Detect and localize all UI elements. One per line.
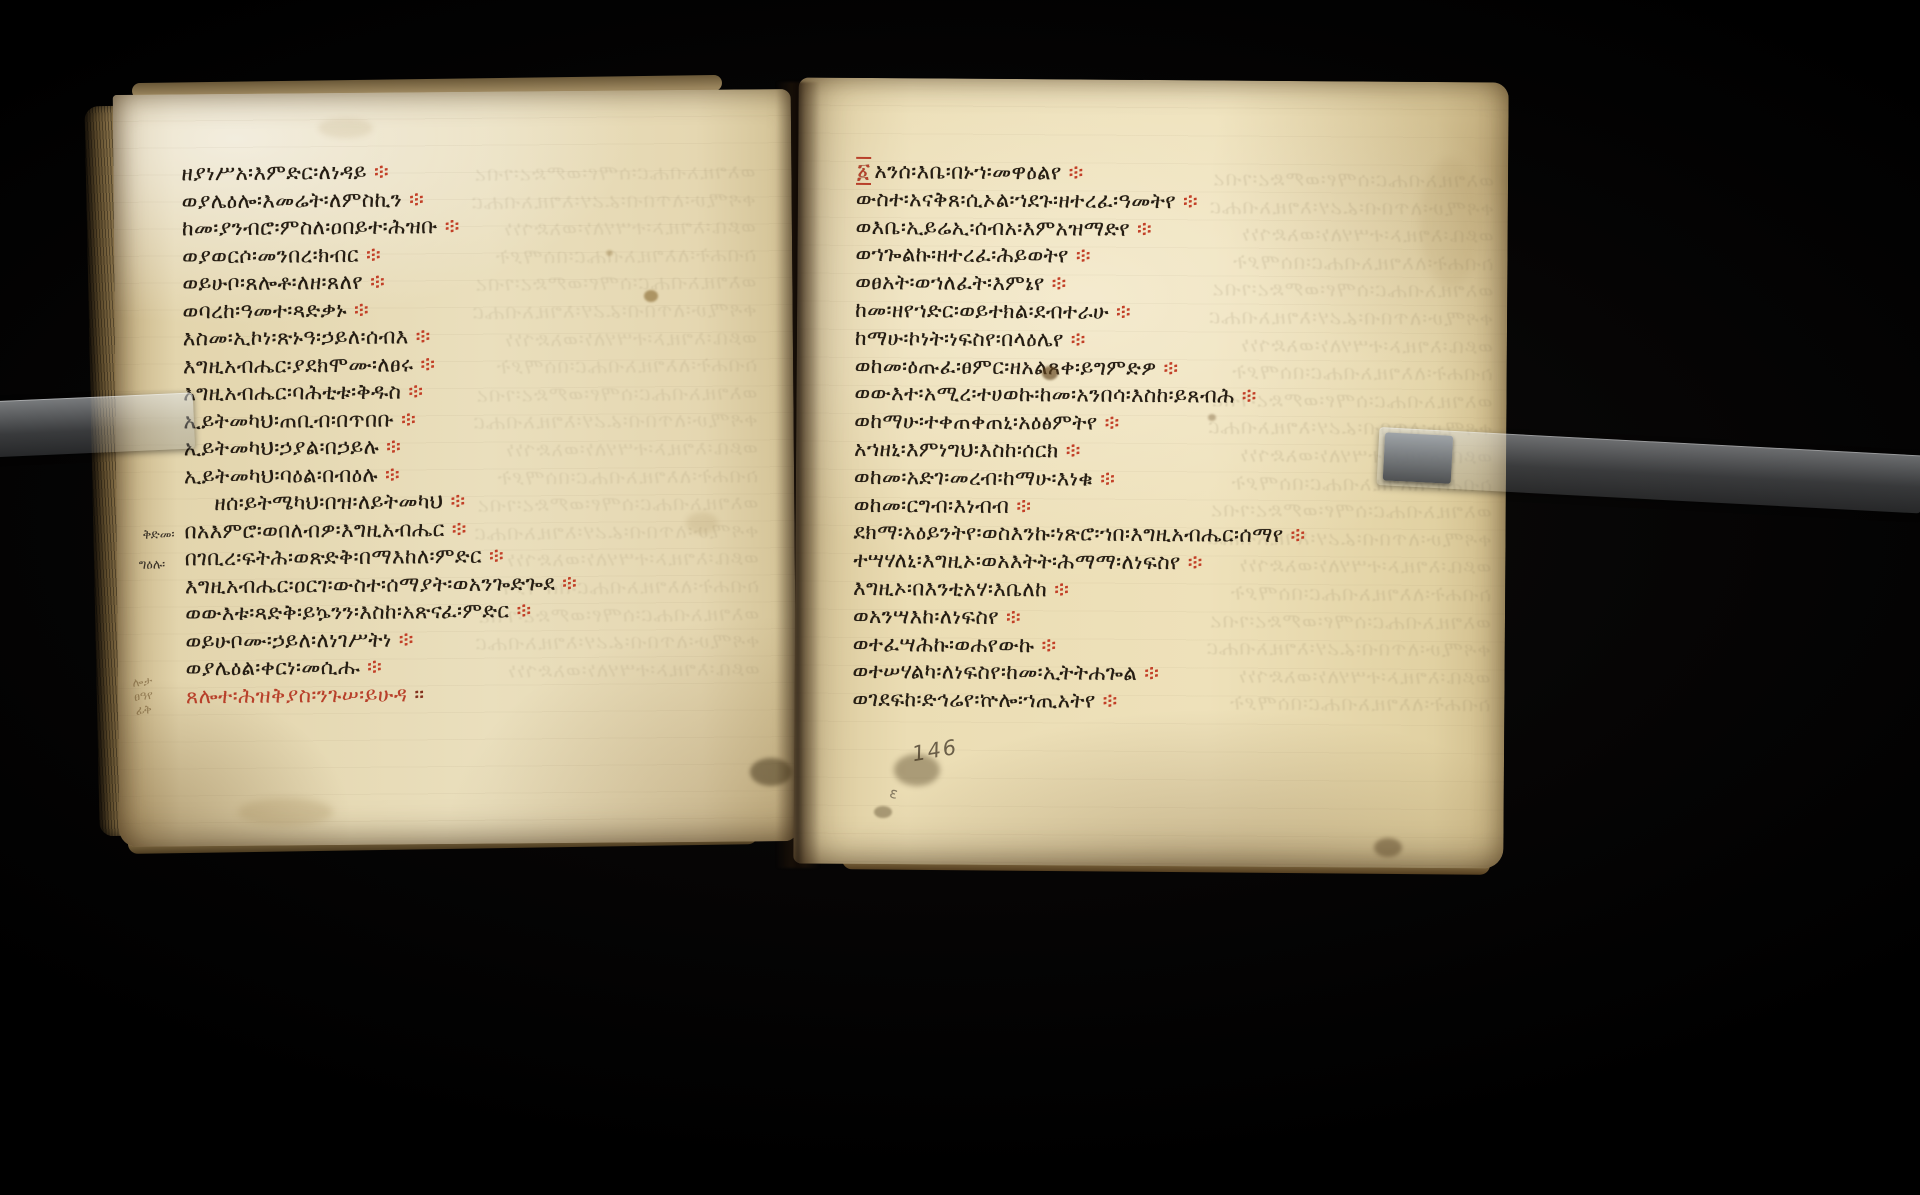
- line-text: ወፀአት፡ወኀለፈት፡እምኔየ: [855, 270, 1044, 295]
- verse-divider-mark: ፨: [392, 627, 414, 651]
- verse-divider-mark: ፨: [482, 544, 504, 568]
- line-text: ወተሠሃልካ፡ለነፍስየ፡ከመ፡ኢትትሐጐል: [853, 659, 1138, 685]
- line-text: ኢይትመካህ፡ጠቢብ፡በጥበቡ: [183, 407, 394, 433]
- text-line: ጸሎተ፡ሕዝቅያስ፡ንጉሠ፡ይሁዳ።: [186, 679, 786, 712]
- verse-divider-mark: ፨: [379, 434, 401, 458]
- photograph-backdrop: ወእግዚአብሔር፡ሰማየ፡ወምድረ፡ገብረቀዳሚሁ፡ለጥበብ፡ፈሪሃ፡እግዚአብ…: [0, 0, 1920, 1195]
- line-text: ወከማሁ፡ተቀጠቀጠኒ፡አዕፅምትየ: [854, 409, 1097, 435]
- line-text: ጸሎተ፡ሕዝቅያስ፡ንጉሠ፡ይሁዳ: [186, 682, 408, 708]
- line-text: ኢይትመካህ፡ባዕል፡በብዕሉ: [184, 462, 378, 488]
- canticle-number-red: ፩: [856, 157, 872, 185]
- left-page-text: ዘያነሥአ፡እምድር፡ለነዳይ፨ወያሌዕሎ፡እመሬት፡ለምስኪን፨ከመ፡ያንብሮ…: [181, 156, 786, 711]
- verse-divider-mark: ፨: [1283, 523, 1305, 547]
- verse-divider-mark: ፨: [1045, 271, 1067, 295]
- line-text: ወከመ፡ርግብ፡እነብብ: [854, 492, 1010, 517]
- verse-divider-mark: ፨: [1156, 356, 1178, 380]
- line-text: ወውእቱ፡ጻድቅ፡ይኴንን፡እስከ፡አጽናፈ፡ምድር: [185, 599, 509, 626]
- verse-divider-mark: ፨: [1034, 633, 1056, 657]
- verse-divider-mark: ፨: [1109, 300, 1131, 324]
- text-line: ወተሠሃልካ፡ለነፍስየ፡ከመ፡ኢትትሐጐል፨: [852, 659, 1502, 691]
- line-text: አኀዘኒ፡እምነግህ፡እስከ፡ሰርክ: [854, 437, 1059, 462]
- line-text: እግዚአብሔር፡ያደክሞሙ፡ለፀሩ: [183, 352, 413, 378]
- verse-divider-mark: ፨: [360, 655, 382, 679]
- line-text: እግዚኦ፡በእንቲአሃ፡እቤለከ: [853, 576, 1047, 601]
- verse-divider-mark: ፨: [1069, 244, 1091, 268]
- verse-divider-mark: ፨: [1062, 160, 1084, 184]
- line-text: ወያሌዕል፡ቀርነ፡መሲሑ: [186, 655, 361, 681]
- text-line: ውስተ፡አናቅጸ፡ሲኦል፡ኀደጉ፡ዘተረፈ፡ዓመትየ፨: [856, 187, 1506, 219]
- book-gutter-shadow: [776, 82, 820, 868]
- line-text: ዘሰ፡ይትሜካህ፡በዝ፡ለይትመካህ: [214, 489, 443, 515]
- verse-divider-mark: ፨: [363, 270, 385, 294]
- verse-divider-mark: ፨: [1235, 384, 1257, 408]
- text-line: ፩አንሰ፡እቤ፡በኑኀ፡መዋዕልየ፨: [856, 159, 1506, 191]
- line-text: በገቢረ፡ፍትሕ፡ወጽድቅ፡በማእከለ፡ምድር: [185, 544, 482, 571]
- margin-note: ቅድመ፡: [143, 527, 175, 542]
- verse-divider-mark: ፨: [401, 379, 423, 403]
- line-text: ወይሁቦ፡ጸሎቶ፡ለዘ፡ጸለየ: [182, 270, 363, 296]
- line-text: ወውእተ፡አሚረ፡ተሀወኩ፡ከመ፡አንበሳ፡እስከ፡ይጸብሕ: [854, 381, 1234, 408]
- book-weight-strap-left: [0, 392, 195, 457]
- verse-divider-mark: ፨: [1176, 189, 1198, 213]
- line-text: ወያወርሶ፡መንበረ፡ክብር: [182, 242, 359, 268]
- line-text: ከማሁ፡ኮነት፡ነፍስየ፡በላዕሌየ: [855, 326, 1064, 351]
- margin-note: ግዕሉ፡: [139, 558, 165, 573]
- verse-divider-mark: ፨: [1009, 494, 1031, 518]
- verse-divider-mark: ፨: [347, 297, 369, 321]
- verse-divider-mark: ፨: [1181, 550, 1203, 574]
- verse-divider-mark: ።: [407, 682, 424, 706]
- verse-divider-mark: ፨: [1130, 216, 1152, 240]
- line-text: ከመ፡ያንብሮ፡ምስለ፡ዐበይተ፡ሕዝቡ: [182, 214, 438, 240]
- verse-divider-mark: ፨: [1064, 327, 1086, 351]
- line-text: ወከመ፡ዕጡፈ፡ፀምር፡ዘአልጸቀ፡ይግምድዎ: [855, 354, 1157, 380]
- verse-divider-mark: ፨: [1093, 466, 1115, 490]
- pencil-folio-number: 146: [910, 735, 959, 766]
- verse-divider-mark: ፨: [1095, 689, 1117, 713]
- line-text: ወኀጐልኩ፡ዘተረፈ፡ሕይወትየ: [855, 242, 1068, 267]
- left-page: ወእግዚአብሔር፡ሰማየ፡ወምድረ፡ገብረቀዳሚሁ፡ለጥበብ፡ፈሪሃ፡እግዚአብ…: [113, 89, 798, 847]
- text-line: ወኀጐልኩ፡ዘተረፈ፡ሕይወትየ፨: [855, 242, 1505, 274]
- line-text: እግዚአብሔር፡ባሕቲቱ፡ቅዱስ: [183, 379, 401, 405]
- line-text: ዘያነሥአ፡እምድር፡ለነዳይ: [181, 160, 367, 186]
- verse-divider-mark: ፨: [1059, 438, 1081, 462]
- verse-divider-mark: ፨: [443, 489, 465, 513]
- verse-divider-mark: ፨: [1137, 661, 1159, 685]
- text-line: ወከመ፡ዕጡፈ፡ፀምር፡ዘአልጸቀ፡ይግምድዎ፨: [855, 354, 1505, 386]
- line-text: እግዚአብሔር፡ዐርገ፡ውስተ፡ሰማያት፡ወአንጐድጐደ: [185, 571, 555, 598]
- text-line: ወገደፍከ፡ድኅሬየ፡ኵሎ፡ኀጢአትየ፨: [852, 687, 1502, 719]
- verse-divider-mark: ፨: [413, 352, 435, 376]
- pencil-squiggle: ε: [888, 783, 900, 802]
- faded-marginalia-line: ፊቅ: [135, 702, 156, 718]
- verse-divider-mark: ፨: [394, 407, 416, 431]
- verse-divider-mark: ፨: [1097, 411, 1119, 435]
- verse-divider-mark: ፨: [445, 516, 467, 540]
- line-text: ወያሌዕሎ፡እመሬት፡ለምስኪን: [182, 187, 403, 213]
- verse-divider-mark: ፨: [555, 570, 577, 594]
- line-text: ወአንሣእከ፡ለነፍስየ: [853, 604, 999, 629]
- line-text: ወተፈሣሕኩ፡ወሐየውኩ: [853, 631, 1035, 656]
- line-text: ወባረከ፡ዓመተ፡ጻድቃኑ: [183, 297, 348, 322]
- line-text: እስመ፡ኢኮነ፡ጽኑዓ፡ኃይለ፡ሰብእ: [183, 324, 409, 350]
- line-text: ደክማ፡አዕይንትየ፡ወስእንኩ፡ነጽሮ፡ኀበ፡እግዚአብሔር፡ሰማየ: [853, 520, 1283, 547]
- text-line: ወእቤ፡ኢይሬኢ፡ሰብአ፡እምአዝማድየ፨: [856, 215, 1506, 247]
- line-text: ወእቤ፡ኢይሬኢ፡ሰብአ፡እምአዝማድየ: [856, 215, 1130, 241]
- line-text: ወይሁቦሙ፡ኃይለ፡ለነገሥትነ: [185, 627, 391, 653]
- text-line: ወፀአት፡ወኀለፈት፡እምኔየ፨: [855, 270, 1505, 302]
- verse-divider-mark: ፨: [402, 187, 424, 211]
- faded-marginalia-line: ፀዓየ: [133, 688, 154, 704]
- line-text: ወከመ፡አድገ፡መረብ፡ከማሁ፡እነቁ: [854, 465, 1093, 491]
- verse-divider-mark: ፨: [359, 242, 381, 266]
- verse-divider-mark: ፨: [378, 462, 400, 486]
- line-text: ወገደፍከ፡ድኅሬየ፡ኵሎ፡ኀጢአትየ: [852, 687, 1095, 713]
- line-text: ተሣሃለኒ፡እግዚኦ፡ወአእትት፡ሕማማ፡ለነፍስየ: [853, 548, 1180, 574]
- strap-clip: [1383, 432, 1453, 483]
- line-text: ውስተ፡አናቅጸ፡ሲኦል፡ኀደጉ፡ዘተረፈ፡ዓመትየ: [856, 187, 1176, 213]
- verse-divider-mark: ፨: [438, 214, 460, 238]
- line-text: በአእምሮ፡ወበለብዎ፡እግዚአብሔር: [184, 517, 444, 543]
- verse-divider-mark: ፨: [509, 598, 531, 622]
- line-text: ኢይትመካህ፡ኃያል፡በኃይሉ: [184, 435, 379, 461]
- verse-divider-mark: ፨: [408, 324, 430, 348]
- line-text: ከመ፡ዘየኀድር፡ወይተክል፡ደብተራሁ: [855, 298, 1109, 324]
- line-text: አንሰ፡እቤ፡በኑኀ፡መዋዕልየ: [874, 159, 1061, 184]
- text-line: ከማሁ፡ኮነት፡ነፍስየ፡በላዕሌየ፨: [855, 326, 1505, 358]
- text-line: ከመ፡ዘየኀድር፡ወይተክል፡ደብተራሁ፨: [855, 298, 1505, 330]
- verse-divider-mark: ፨: [1047, 577, 1069, 601]
- verse-divider-mark: ፨: [999, 605, 1021, 629]
- faded-marginalia: ሎታ ፀዓየ ፊቅ: [132, 674, 157, 718]
- verse-divider-mark: ፨: [367, 160, 389, 184]
